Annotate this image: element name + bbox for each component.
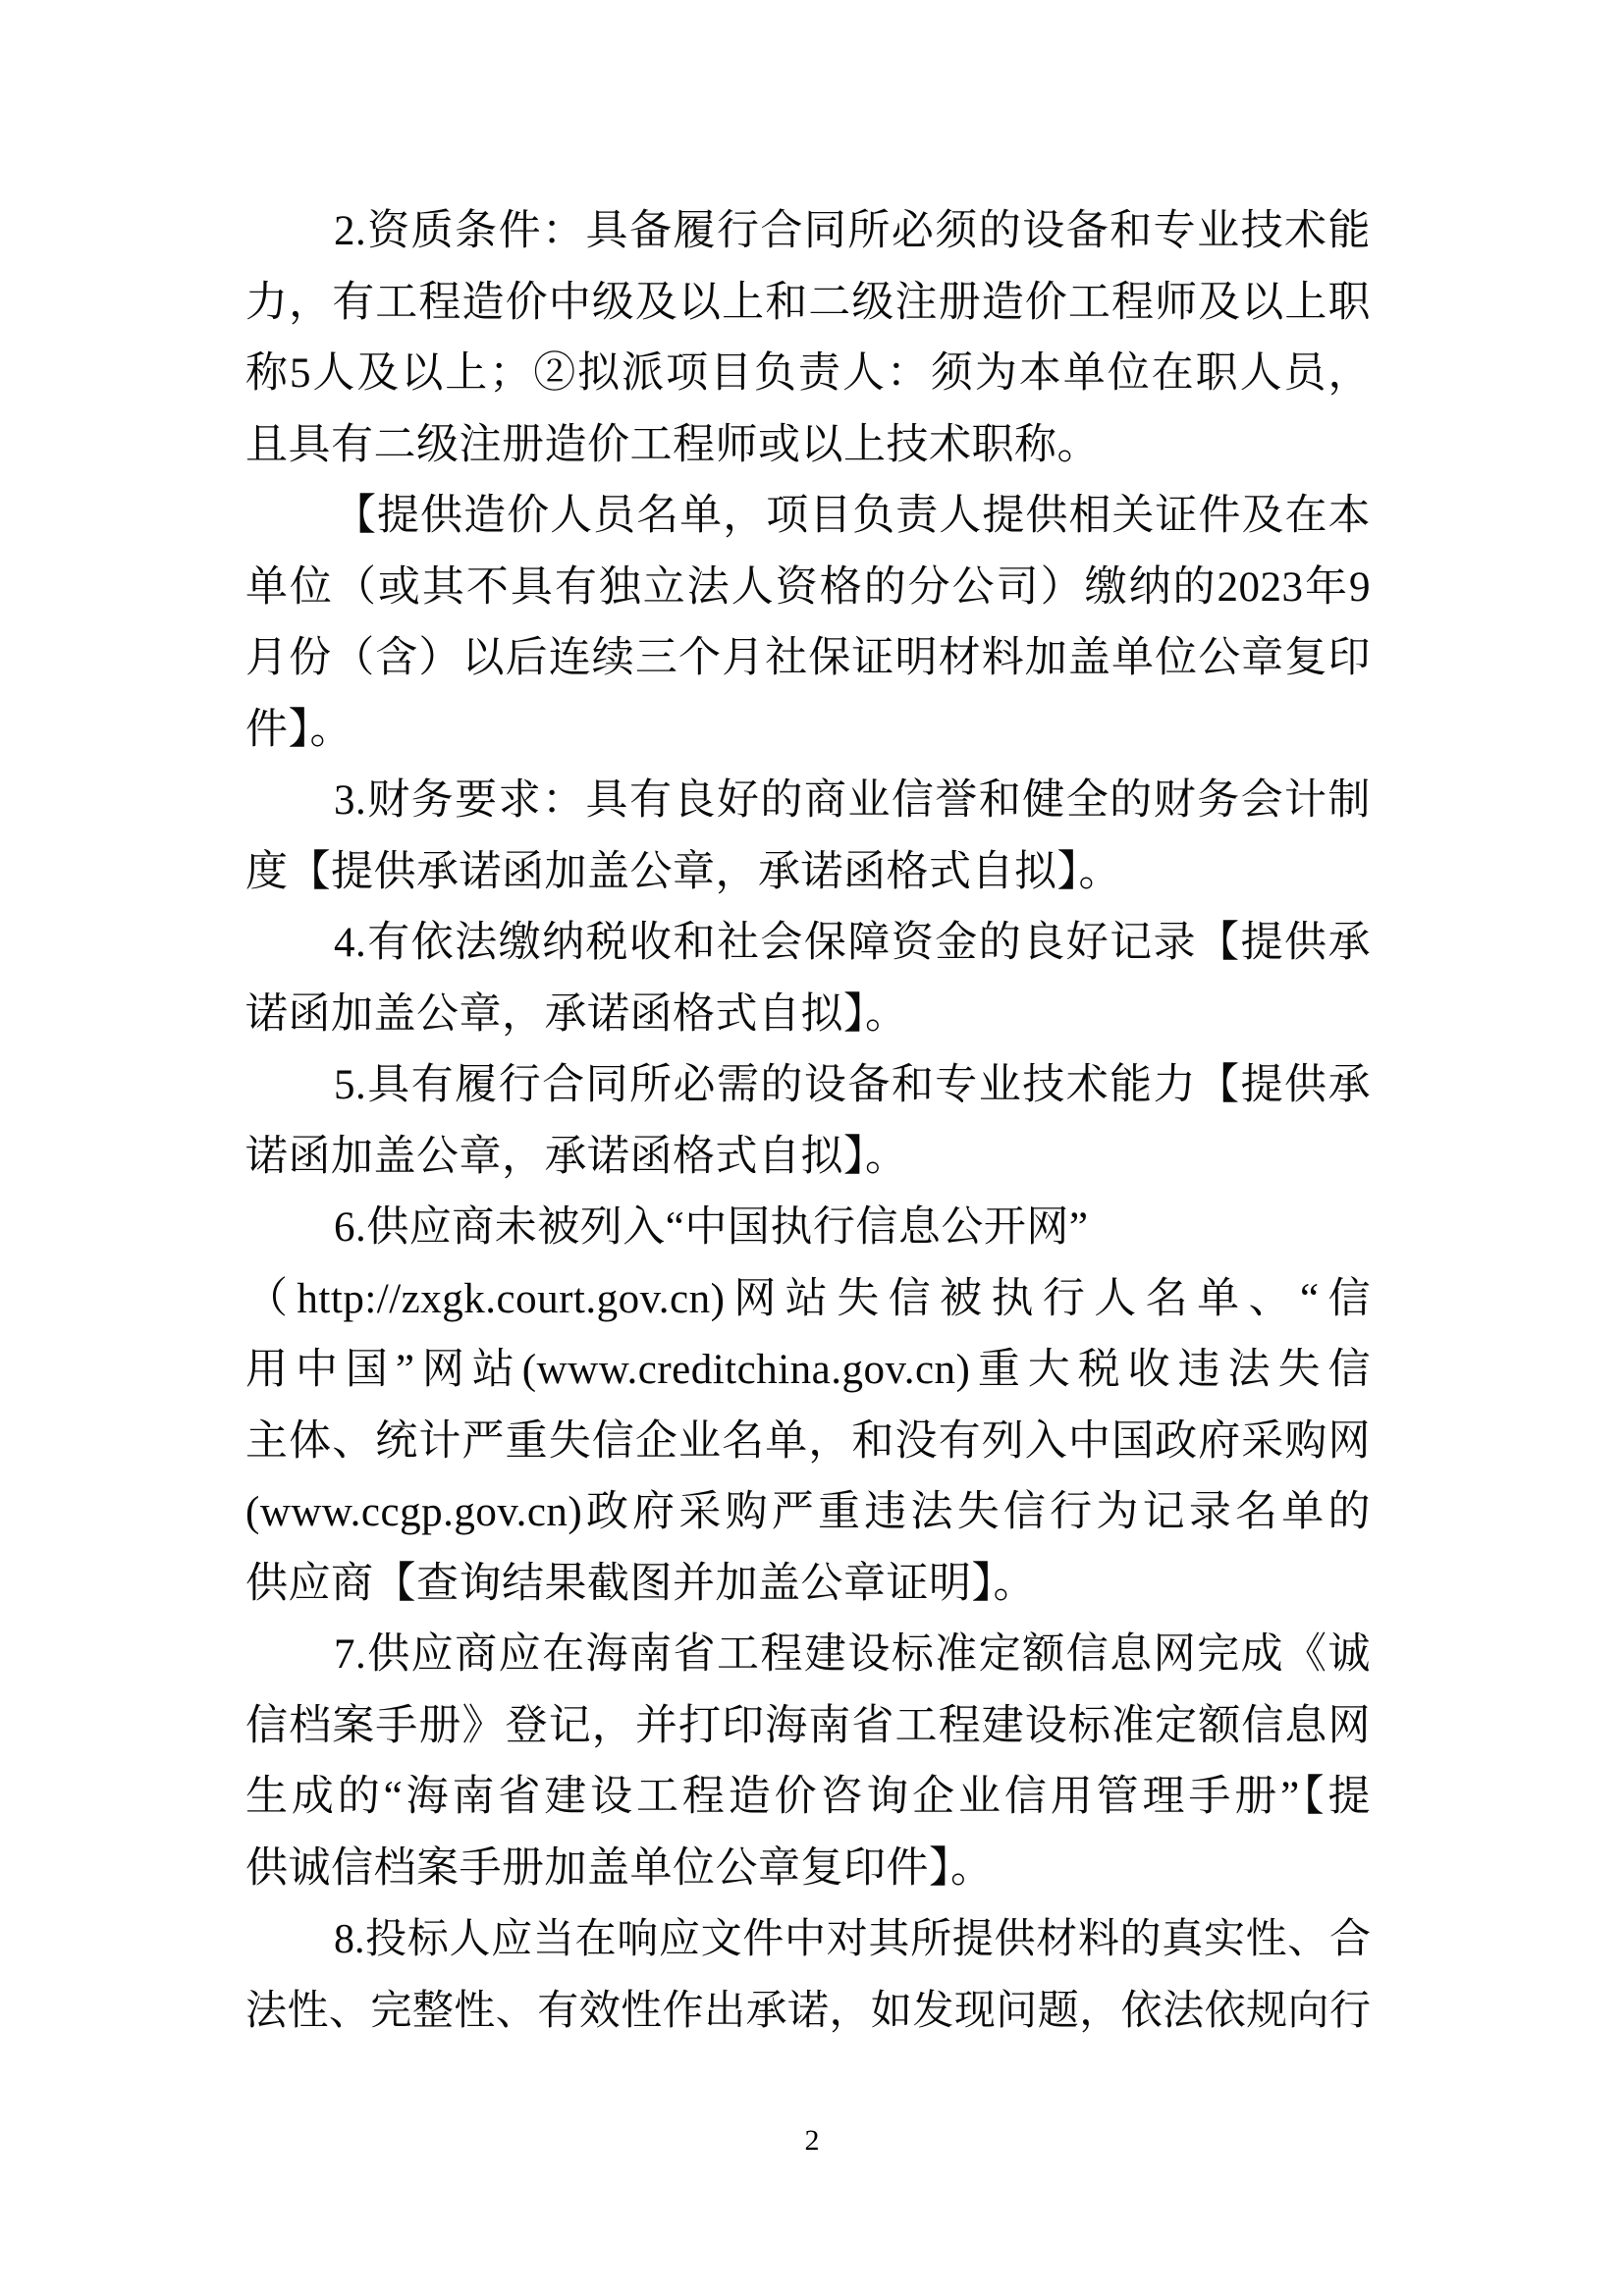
text-line: 单位（或其不具有独立法人资格的分公司）缴纳的2023年9	[245, 553, 1371, 624]
text-line: 4.有依法缴纳税收和社会保障资金的良好记录【提供承	[245, 908, 1371, 980]
text-line: 法性、完整性、有效性作出承诺，如发现问题，依法依规向行	[245, 1976, 1371, 2048]
text-line: 8.投标人应当在响应文件中对其所提供材料的真实性、合	[245, 1904, 1371, 1976]
text-line: 信档案手册》登记，并打印海南省工程建设标准定额信息网	[245, 1691, 1371, 1763]
text-line: 7.供应商应在海南省工程建设标准定额信息网完成《诚	[245, 1620, 1371, 1691]
text-line: 供应商【查询结果截图并加盖公章证明】。	[245, 1549, 1371, 1621]
text-line: 5.具有履行合同所必需的设备和专业技术能力【提供承	[245, 1050, 1371, 1122]
text-line: 诺函加盖公章，承诺函格式自拟】。	[245, 1122, 1371, 1194]
page-footer: 2	[0, 2123, 1624, 2159]
text-line: 度【提供承诺函加盖公章，承诺函格式自拟】。	[245, 837, 1371, 909]
text-line: (www.ccgp.gov.cn)政府采购严重违法失信行为记录名单的	[245, 1477, 1371, 1549]
text-line: 月份（含）以后连续三个月社保证明材料加盖单位公章复印	[245, 623, 1371, 695]
text-line: （http://zxgk.court.gov.cn)网站失信被执行人名单、“信	[245, 1264, 1371, 1336]
text-line: 2.资质条件：具备履行合同所必须的设备和专业技术能	[245, 196, 1371, 268]
text-line: 【提供造价人员名单，项目负责人提供相关证件及在本	[245, 481, 1371, 553]
text-line: 主体、统计严重失信企业名单，和没有列入中国政府采购网	[245, 1407, 1371, 1478]
text-line: 力，有工程造价中级及以上和二级注册造价工程师及以上职	[245, 268, 1371, 340]
text-line: 件】。	[245, 695, 1371, 767]
text-line: 3.财务要求：具有良好的商业信誉和健全的财务会计制	[245, 766, 1371, 837]
text-line: 供诚信档案手册加盖单位公章复印件】。	[245, 1834, 1371, 1905]
document-body: 2.资质条件：具备履行合同所必须的设备和专业技术能 力，有工程造价中级及以上和二…	[245, 196, 1371, 2047]
text-line: 生成的“海南省建设工程造价咨询企业信用管理手册”【提	[245, 1762, 1371, 1834]
document-page: 2.资质条件：具备履行合同所必须的设备和专业技术能 力，有工程造价中级及以上和二…	[0, 0, 1624, 2296]
page-number: 2	[805, 2124, 820, 2157]
text-line: 称5人及以上；②拟派项目负责人：须为本单位在职人员，	[245, 339, 1371, 410]
text-line: 诺函加盖公章，承诺函格式自拟】。	[245, 980, 1371, 1051]
text-line: 用中国”网站(www.creditchina.gov.cn)重大税收违法失信	[245, 1335, 1371, 1407]
text-line: 6.供应商未被列入“中国执行信息公开网”	[245, 1193, 1371, 1264]
text-line: 且具有二级注册造价工程师或以上技术职称。	[245, 410, 1371, 482]
